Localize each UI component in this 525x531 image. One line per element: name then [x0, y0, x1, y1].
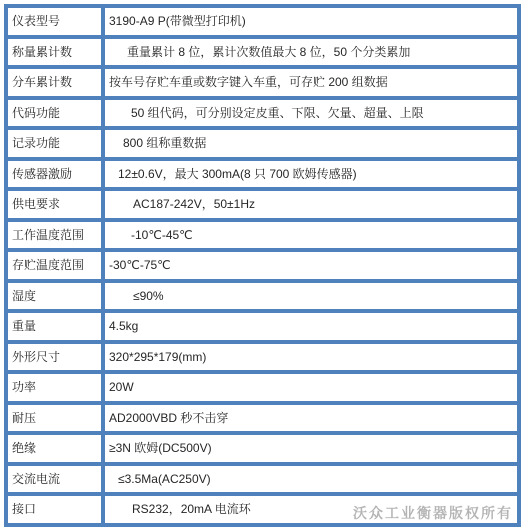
- table-row: 存贮温度范围-30℃-75℃: [6, 250, 519, 281]
- spec-value: 3190-A9 P(带微型打印机): [103, 6, 519, 37]
- spec-value: 12±0.6V，最大 300mA(8 只 700 欧姆传感器): [103, 159, 519, 190]
- spec-value: ≥3N 欧姆(DC500V): [103, 433, 519, 464]
- table-row: 供电要求AC187-242V，50±1Hz: [6, 189, 519, 220]
- spec-label: 供电要求: [6, 189, 103, 220]
- spec-label: 绝缘: [6, 433, 103, 464]
- spec-value: 320*295*179(mm): [103, 342, 519, 373]
- table-row: 绝缘≥3N 欧姆(DC500V): [6, 433, 519, 464]
- table-row: 仪表型号3190-A9 P(带微型打印机): [6, 6, 519, 37]
- spec-value: 重量累计 8 位，累计次数值最大 8 位，50 个分类累加: [103, 37, 519, 68]
- table-row: 接口RS232，20mA 电流环: [6, 494, 519, 525]
- spec-label: 交流电流: [6, 464, 103, 495]
- spec-table: 仪表型号3190-A9 P(带微型打印机)称量累计数重量累计 8 位，累计次数值…: [4, 4, 521, 527]
- spec-label: 工作温度范围: [6, 220, 103, 251]
- spec-label: 记录功能: [6, 128, 103, 159]
- spec-value: -30℃-75℃: [103, 250, 519, 281]
- table-row: 记录功能800 组称重数据: [6, 128, 519, 159]
- spec-label: 耐压: [6, 403, 103, 434]
- spec-value: ≤90%: [103, 281, 519, 312]
- table-row: 传感器激励12±0.6V，最大 300mA(8 只 700 欧姆传感器): [6, 159, 519, 190]
- table-row: 工作温度范围-10℃-45℃: [6, 220, 519, 251]
- spec-label: 称量累计数: [6, 37, 103, 68]
- spec-value: 20W: [103, 372, 519, 403]
- table-row: 重量4.5kg: [6, 311, 519, 342]
- spec-label: 仪表型号: [6, 6, 103, 37]
- spec-value: 50 组代码，可分别设定皮重、下限、欠量、超量、上限: [103, 98, 519, 129]
- spec-page: 仪表型号3190-A9 P(带微型打印机)称量累计数重量累计 8 位，累计次数值…: [0, 0, 525, 531]
- table-row: 耐压AD2000VBD 秒不击穿: [6, 403, 519, 434]
- spec-value: AC187-242V，50±1Hz: [103, 189, 519, 220]
- spec-value: 800 组称重数据: [103, 128, 519, 159]
- spec-value: ≤3.5Ma(AC250V): [103, 464, 519, 495]
- spec-value: -10℃-45℃: [103, 220, 519, 251]
- spec-table-body: 仪表型号3190-A9 P(带微型打印机)称量累计数重量累计 8 位，累计次数值…: [6, 6, 519, 525]
- table-row: 交流电流≤3.5Ma(AC250V): [6, 464, 519, 495]
- spec-label: 代码功能: [6, 98, 103, 129]
- spec-label: 传感器激励: [6, 159, 103, 190]
- table-row: 称量累计数重量累计 8 位，累计次数值最大 8 位，50 个分类累加: [6, 37, 519, 68]
- spec-label: 接口: [6, 494, 103, 525]
- spec-label: 外形尺寸: [6, 342, 103, 373]
- spec-label: 湿度: [6, 281, 103, 312]
- spec-label: 存贮温度范围: [6, 250, 103, 281]
- spec-label: 功率: [6, 372, 103, 403]
- spec-value: 按车号存贮车重或数字键入车重，可存贮 200 组数据: [103, 67, 519, 98]
- table-row: 功率20W: [6, 372, 519, 403]
- spec-label: 分车累计数: [6, 67, 103, 98]
- table-row: 外形尺寸320*295*179(mm): [6, 342, 519, 373]
- table-row: 代码功能50 组代码，可分别设定皮重、下限、欠量、超量、上限: [6, 98, 519, 129]
- spec-value: RS232，20mA 电流环: [103, 494, 519, 525]
- spec-label: 重量: [6, 311, 103, 342]
- spec-value: AD2000VBD 秒不击穿: [103, 403, 519, 434]
- table-row: 湿度≤90%: [6, 281, 519, 312]
- spec-value: 4.5kg: [103, 311, 519, 342]
- table-row: 分车累计数按车号存贮车重或数字键入车重，可存贮 200 组数据: [6, 67, 519, 98]
